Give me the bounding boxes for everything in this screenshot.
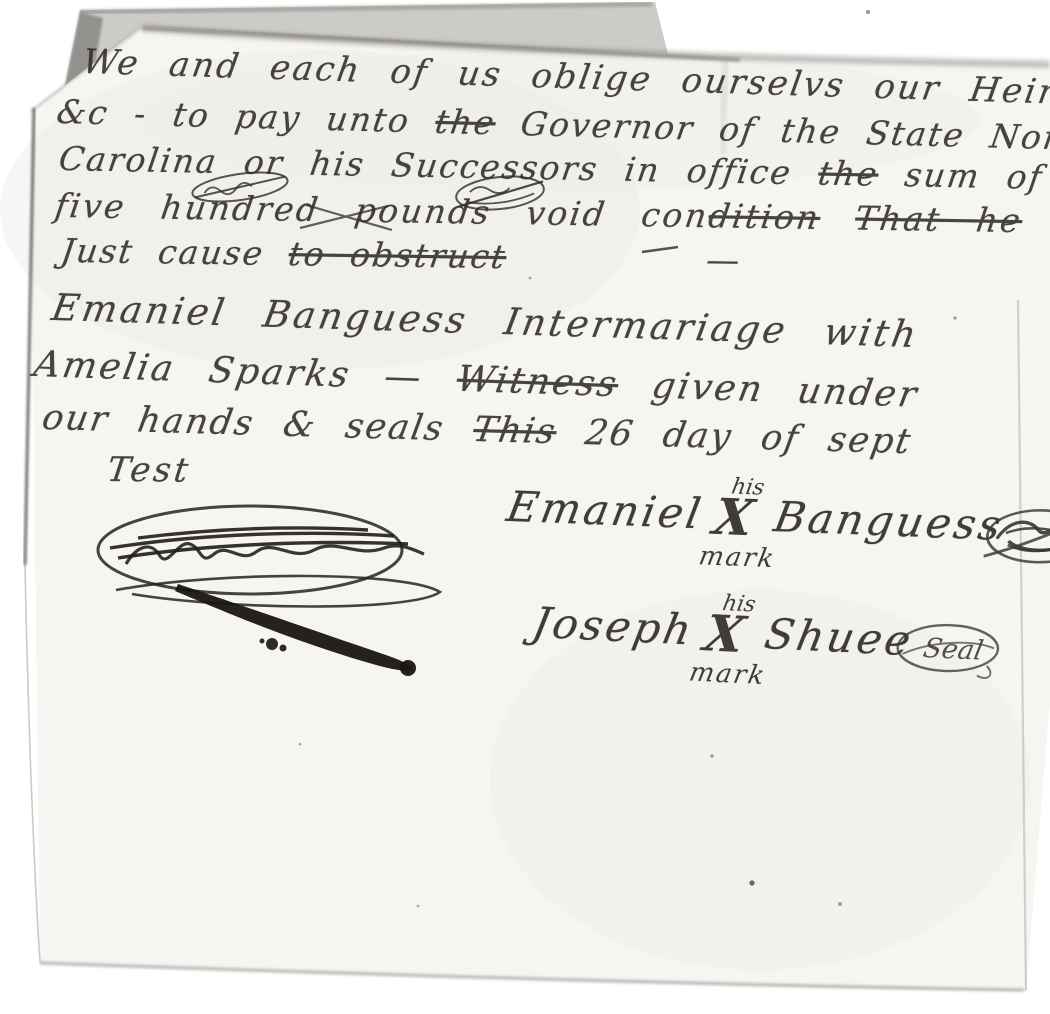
handwriting-segment-struck: dition bbox=[706, 196, 823, 237]
handwriting-segment: our hands & seals bbox=[39, 398, 477, 450]
handwriting-segment-struck: the bbox=[433, 102, 499, 142]
mark-label: mark bbox=[687, 658, 769, 691]
signature-row-joseph-shuee: Joseph his X mark Shuee Seal bbox=[525, 598, 1016, 691]
x-mark-icon: X bbox=[710, 492, 758, 543]
seal-icon: Seal bbox=[882, 610, 1016, 691]
x-mark-icon: X bbox=[700, 608, 748, 659]
handwriting-line: Just cause to obstruct— bbox=[59, 231, 744, 279]
handwriting-segment: Emaniel Banguess Intermariage with bbox=[49, 286, 923, 356]
his-mark-block: his X mark bbox=[697, 606, 760, 668]
handwriting-segment: no bbox=[1020, 201, 1050, 241]
handwriting-segment: Just cause bbox=[59, 231, 292, 273]
his-mark-block: his X mark bbox=[706, 490, 769, 552]
signature-first-name: Joseph bbox=[529, 598, 699, 654]
handwriting-segment: — bbox=[704, 240, 744, 279]
scanned-document: We and each of us oblige ourselvs our He… bbox=[0, 0, 1050, 1014]
handwriting-segment: sum of bbox=[876, 155, 1046, 197]
handwriting-segment-struck: the bbox=[816, 154, 882, 194]
signature-surname: Banguess bbox=[770, 492, 1007, 549]
handwriting-segment: &c - to pay unto bbox=[54, 92, 438, 141]
ink-blot bbox=[175, 584, 413, 671]
handwriting-segment-struck: That he bbox=[853, 199, 1025, 241]
signature-row-emaniel-banguess: Emaniel his X mark Banguess bbox=[499, 482, 1050, 578]
handwriting-segment-struck: Witness bbox=[453, 359, 621, 405]
handwriting-segment: Amelia Sparks — bbox=[31, 344, 461, 400]
seal-label: Seal bbox=[921, 633, 986, 666]
handwriting-line: Emaniel Banguess Intermariage with bbox=[49, 286, 923, 356]
handwriting-line: Test bbox=[105, 450, 193, 491]
witness-scribble-icon bbox=[98, 506, 440, 676]
seal-scribble-icon bbox=[973, 494, 1050, 578]
handwriting-segment: Test bbox=[105, 450, 193, 491]
handwriting-segment-struck: to obstruct bbox=[286, 234, 509, 276]
signature-first-name: Emaniel bbox=[503, 482, 707, 538]
handwriting-segment-struck: This bbox=[470, 410, 560, 452]
handwriting-segment bbox=[818, 198, 858, 237]
handwriting-segment: 26 day of sept 1817 bbox=[553, 412, 1050, 469]
handwriting-segment: given under bbox=[615, 364, 922, 415]
handwriting-segment: five hundred pounds void con bbox=[53, 186, 712, 235]
mark-label: mark bbox=[696, 541, 778, 574]
